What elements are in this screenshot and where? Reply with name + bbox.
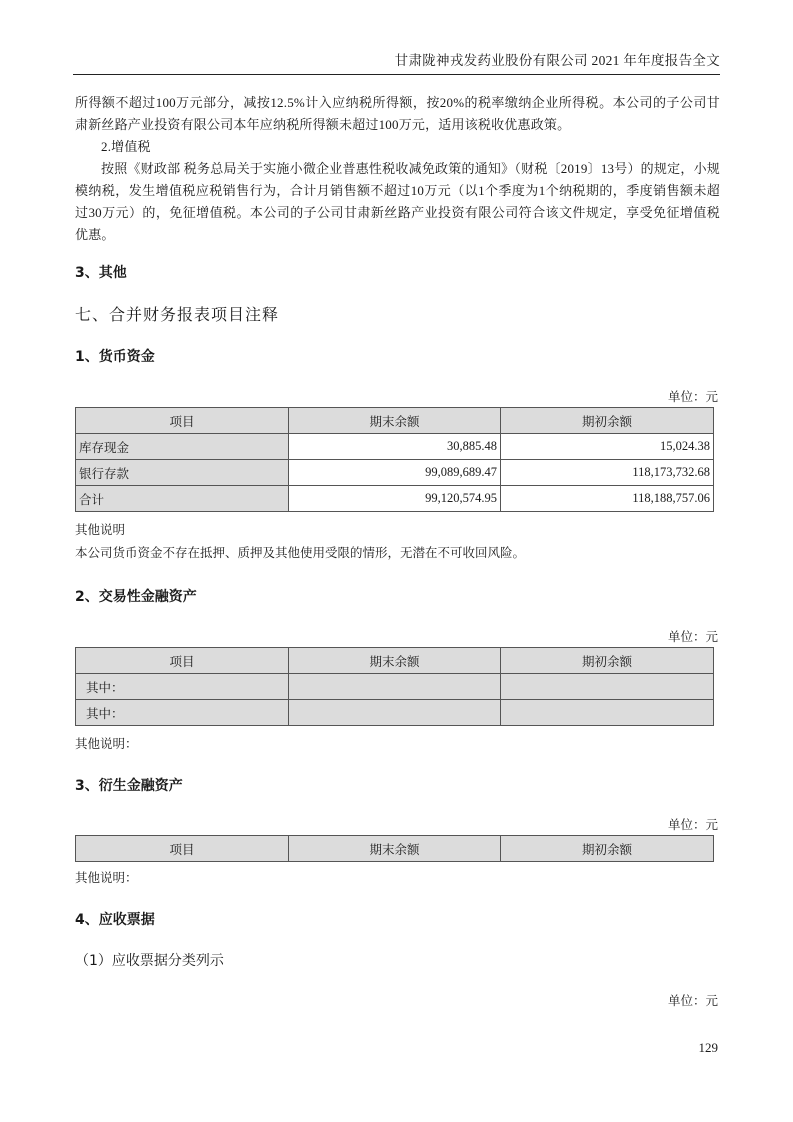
- column-header-beginning-balance: 期初余额: [501, 648, 714, 674]
- cash-table: 项目 期末余额 期初余额 库存现金 30,885.48 15,024.38 银行…: [75, 407, 714, 512]
- row-label: 其中：: [76, 700, 289, 726]
- row-label: 库存现金: [76, 434, 289, 460]
- table-header-row: 项目 期末余额 期初余额: [76, 648, 714, 674]
- notes-receivable-unit-label: 单位：元: [668, 991, 718, 1009]
- derivative-note-label: 其他说明：: [75, 868, 138, 886]
- ending-balance-cell: [289, 700, 501, 726]
- section-derivative-title: 3、衍生金融资产: [75, 775, 183, 795]
- trading-unit-label: 单位：元: [668, 627, 718, 645]
- section-other-title: 3、其他: [75, 262, 127, 282]
- derivative-unit-label: 单位：元: [668, 815, 718, 833]
- row-label: 其中：: [76, 674, 289, 700]
- column-header-beginning-balance: 期初余额: [501, 836, 714, 862]
- column-header-beginning-balance: 期初余额: [501, 408, 714, 434]
- report-title: 甘肃陇神戎发药业股份有限公司 2021 年年度报告全文: [395, 53, 720, 68]
- ending-balance-cell: 99,089,689.47: [289, 460, 501, 486]
- column-header-ending-balance: 期末余额: [289, 408, 501, 434]
- table-header-row: 项目 期末余额 期初余额: [76, 408, 714, 434]
- table-header-row: 项目 期末余额 期初余额: [76, 836, 714, 862]
- row-label: 银行存款: [76, 460, 289, 486]
- row-label: 合计: [76, 486, 289, 512]
- cash-note-text: 本公司货币资金不存在抵押、质押及其他使用受限的情形，无潜在不可收回风险。: [75, 543, 525, 561]
- beginning-balance-cell: [501, 700, 714, 726]
- section-notes-receivable-title: 4、应收票据: [75, 909, 155, 929]
- ending-balance-cell: 30,885.48: [289, 434, 501, 460]
- cash-unit-label: 单位：元: [668, 387, 718, 405]
- beginning-balance-cell: [501, 674, 714, 700]
- table-row: 库存现金 30,885.48 15,024.38: [76, 434, 714, 460]
- trading-note-label: 其他说明：: [75, 734, 138, 752]
- column-header-item: 项目: [76, 836, 289, 862]
- ending-balance-cell: [289, 674, 501, 700]
- beginning-balance-cell: 15,024.38: [501, 434, 714, 460]
- tax-paragraph-vat: 按照《财政部 税务总局关于实施小微企业普惠性税收减免政策的通知》（财税〔2019…: [75, 158, 720, 246]
- column-header-item: 项目: [76, 408, 289, 434]
- page-number: 129: [699, 1040, 719, 1056]
- column-header-ending-balance: 期末余额: [289, 648, 501, 674]
- table-row-total: 合计 99,120,574.95 118,188,757.06: [76, 486, 714, 512]
- table-row: 其中：: [76, 700, 714, 726]
- column-header-item: 项目: [76, 648, 289, 674]
- notes-receivable-subtitle: （1）应收票据分类列示: [75, 950, 224, 970]
- table-row: 银行存款 99,089,689.47 118,173,732.68: [76, 460, 714, 486]
- page-header: 甘肃陇神戎发药业股份有限公司 2021 年年度报告全文: [73, 48, 720, 75]
- cash-note-label: 其他说明: [75, 520, 125, 538]
- table-row: 其中：: [76, 674, 714, 700]
- beginning-balance-cell: 118,173,732.68: [501, 460, 714, 486]
- trading-table: 项目 期末余额 期初余额 其中： 其中：: [75, 647, 714, 726]
- section-trading-title: 2、交易性金融资产: [75, 586, 197, 606]
- section-cash-title: 1、货币资金: [75, 346, 155, 366]
- beginning-balance-cell: 118,188,757.06: [501, 486, 714, 512]
- vat-subtitle: 2.增值税: [75, 136, 720, 158]
- chapter-title: 七、合并财务报表项目注释: [75, 302, 279, 325]
- tax-paragraph-income: 所得额不超过100万元部分，减按12.5%计入应纳税所得额，按20%的税率缴纳企…: [75, 92, 720, 136]
- column-header-ending-balance: 期末余额: [289, 836, 501, 862]
- ending-balance-cell: 99,120,574.95: [289, 486, 501, 512]
- derivative-table: 项目 期末余额 期初余额: [75, 835, 714, 862]
